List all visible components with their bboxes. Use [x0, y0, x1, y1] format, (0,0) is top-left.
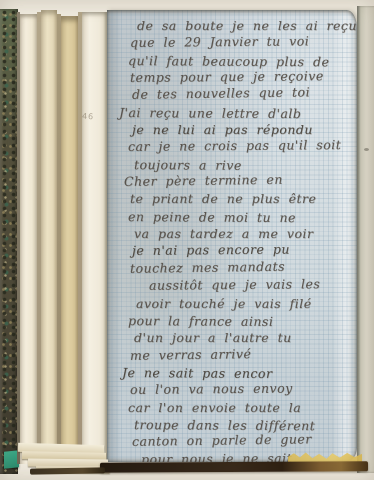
letter-lines: de sa boute je ne les ai reçuque le 29 J… — [107, 17, 357, 462]
letter-line: de tes nouvelles que toi — [119, 83, 357, 104]
book-cover-marble-edge — [0, 9, 18, 474]
letter-line: touchez mes mandats — [119, 256, 357, 277]
letter-line: J'ai reçu une lettre d'alb — [119, 104, 357, 123]
page-edge-strip — [61, 16, 78, 464]
adjacent-page-edge — [357, 6, 374, 473]
pencil-edge-mark: 46 — [82, 112, 95, 122]
ink-speck — [364, 148, 369, 151]
letter-line: car je ne crois pas qu'il soit — [119, 136, 357, 155]
letter-line: Cher père termine en — [119, 170, 357, 191]
letter-line: car l'on envoie toute la — [119, 399, 357, 416]
letter-line: avoir touché je vais filé — [119, 295, 357, 312]
page-edge-strip — [82, 12, 107, 464]
letter-page: de sa boute je ne les ai reçuque le 29 J… — [107, 10, 357, 462]
page-edge-strip — [20, 14, 37, 464]
manuscript-photo: 46 de sa boute je ne les ai reçuque le 2… — [0, 0, 374, 480]
page-edge-strip — [41, 10, 57, 464]
letter-line: que le 29 Janvier tu voi — [119, 32, 357, 51]
book-bottom-edge — [100, 461, 368, 472]
letter-line: aussitôt que je vais les — [119, 275, 357, 294]
letter-line: canton on parle de guer — [119, 430, 357, 451]
letter-line: me verras arrivé — [119, 343, 357, 364]
letter-line: te priant de ne plus être — [119, 190, 357, 207]
letter-line: pour la france ainsi — [119, 312, 357, 331]
letter-line: en peine de moi tu ne — [119, 208, 357, 227]
letter-line: ou l'on va nous envoy — [119, 379, 357, 398]
book-bottom-edge-left — [30, 467, 105, 474]
